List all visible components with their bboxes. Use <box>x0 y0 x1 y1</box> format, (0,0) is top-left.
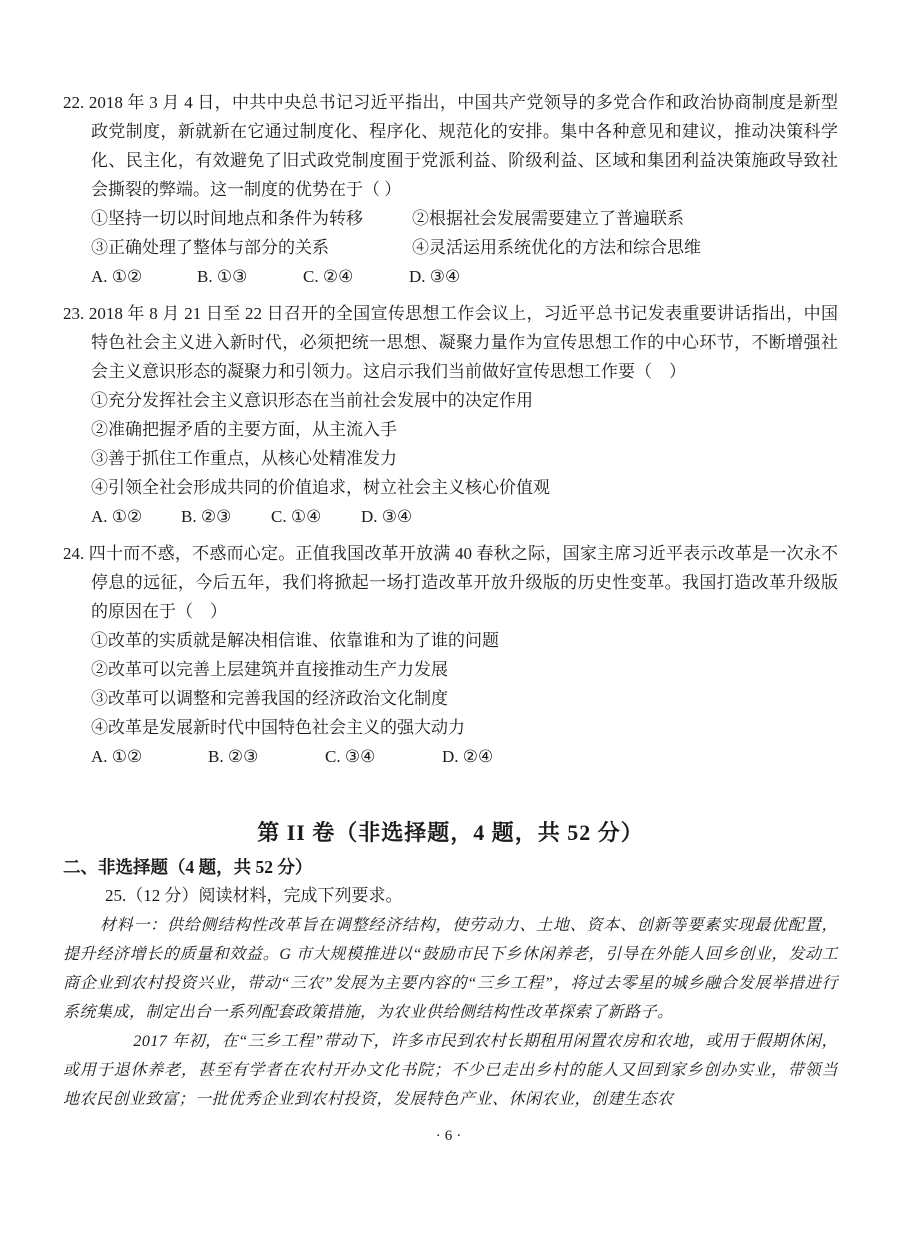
question-23-option-4: ④引领全社会形成共同的价值追求，树立社会主义核心价值观 <box>63 473 838 502</box>
choice-a: A. ①② <box>91 502 181 531</box>
option-item-2: ②根据社会发展需要建立了普遍联系 <box>412 209 684 228</box>
option-item-3: ③正确处理了整体与部分的关系 <box>91 233 412 262</box>
choice-c: C. ①④ <box>271 502 361 531</box>
question-23: 23. 2018 年 8 月 21 日至 22 日召开的全国宣传思想工作会议上，… <box>63 299 838 531</box>
question-22: 22. 2018 年 3 月 4 日，中共中央总书记习近平指出，中国共产党领导的… <box>63 88 838 291</box>
question-22-option-row-1: ①坚持一切以时间地点和条件为转移②根据社会发展需要建立了普遍联系 <box>63 204 838 233</box>
material-1-paragraph: 材料一：供给侧结构性改革旨在调整经济结构，使劳动力、土地、资本、创新等要素实现最… <box>63 911 838 1027</box>
choice-c: C. ②④ <box>303 262 409 291</box>
exam-paper-page: 22. 2018 年 3 月 4 日，中共中央总书记习近平指出，中国共产党领导的… <box>0 0 900 1246</box>
option-item-1: ①坚持一切以时间地点和条件为转移 <box>91 204 412 233</box>
choice-b: B. ②③ <box>181 502 271 531</box>
question-25-lead: 25.（12 分）阅读材料，完成下列要求。 <box>63 881 838 911</box>
question-24-option-4: ④改革是发展新时代中国特色社会主义的强大动力 <box>63 713 838 742</box>
question-23-stem: 23. 2018 年 8 月 21 日至 22 日召开的全国宣传思想工作会议上，… <box>63 299 838 386</box>
material-2-paragraph: 2017 年初，在“三乡工程”带动下，许多市民到农村长期租用闲置农房和农地，或用… <box>63 1027 838 1114</box>
question-23-option-2: ②准确把握矛盾的主要方面，从主流入手 <box>63 415 838 444</box>
choice-a: A. ①② <box>91 742 208 771</box>
choice-c: C. ③④ <box>325 742 442 771</box>
page-content: 22. 2018 年 3 月 4 日，中共中央总书记习近平指出，中国共产党领导的… <box>0 0 900 1150</box>
choice-d: D. ③④ <box>361 502 412 531</box>
page-number: ·6· <box>63 1122 838 1150</box>
question-24-option-3: ③改革可以调整和完善我国的经济政治文化制度 <box>63 684 838 713</box>
question-24-answer-choices: A. ①②B. ②③C. ③④D. ②④ <box>63 742 838 771</box>
section-2-title: 第 II 卷（非选择题，4 题，共 52 分） <box>63 817 838 849</box>
question-23-option-1: ①充分发挥社会主义意识形态在当前社会发展中的决定作用 <box>63 386 838 415</box>
section-2-subheading: 二、非选择题（4 题，共 52 分） <box>63 853 838 881</box>
choice-b: B. ②③ <box>208 742 325 771</box>
question-22-stem: 22. 2018 年 3 月 4 日，中共中央总书记习近平指出，中国共产党领导的… <box>63 88 838 204</box>
question-23-answer-choices: A. ①②B. ②③C. ①④D. ③④ <box>63 502 838 531</box>
choice-d: D. ③④ <box>409 262 460 291</box>
section-2: 第 II 卷（非选择题，4 题，共 52 分） 二、非选择题（4 题，共 52 … <box>63 817 838 1114</box>
question-22-answer-choices: A. ①②B. ①③C. ②④D. ③④ <box>63 262 838 291</box>
option-item-4: ④灵活运用系统优化的方法和综合思维 <box>412 238 701 257</box>
question-24-stem: 24. 四十而不惑，不惑而心定。正值我国改革开放满 40 春秋之际，国家主席习近… <box>63 539 838 626</box>
choice-a: A. ①② <box>91 262 197 291</box>
question-24-option-2: ②改革可以完善上层建筑并直接推动生产力发展 <box>63 655 838 684</box>
question-24: 24. 四十而不惑，不惑而心定。正值我国改革开放满 40 春秋之际，国家主席习近… <box>63 539 838 771</box>
question-24-option-1: ①改革的实质就是解决相信谁、依靠谁和为了谁的问题 <box>63 626 838 655</box>
choice-b: B. ①③ <box>197 262 303 291</box>
choice-d: D. ②④ <box>442 742 493 771</box>
question-23-option-3: ③善于抓住工作重点，从核心处精准发力 <box>63 444 838 473</box>
question-22-option-row-2: ③正确处理了整体与部分的关系④灵活运用系统优化的方法和综合思维 <box>63 233 838 262</box>
